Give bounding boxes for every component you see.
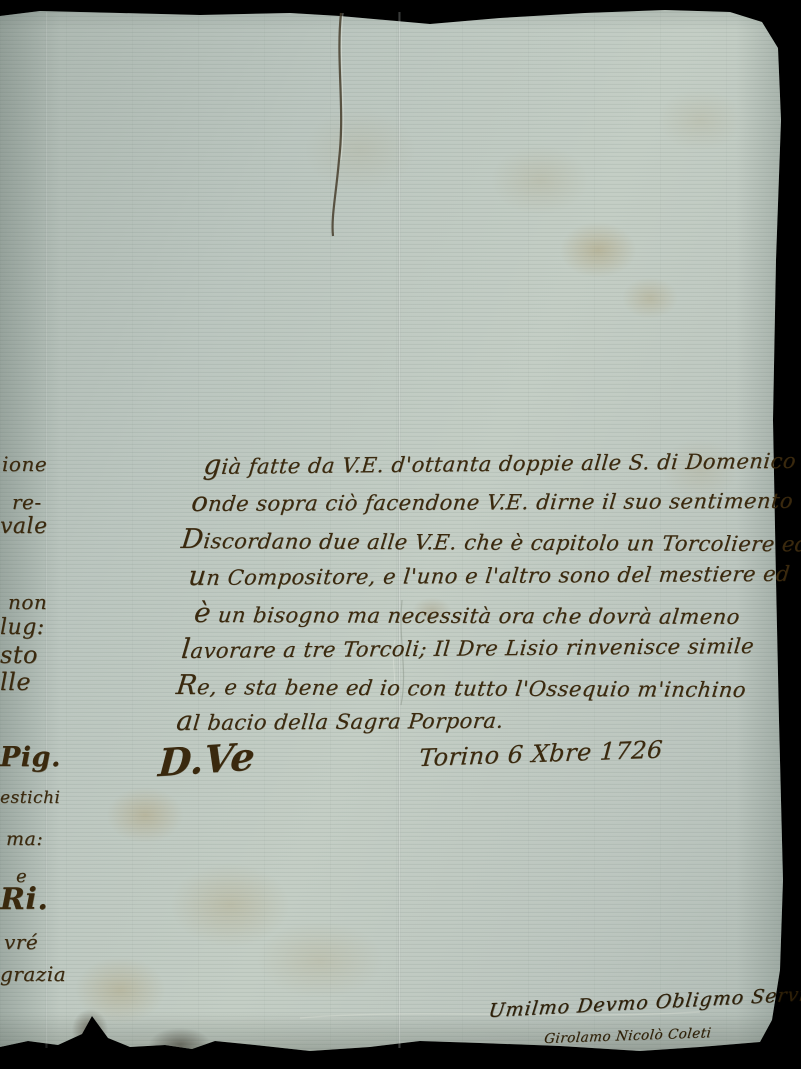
scan-background: ione re- vale non lug: sto lle Pig. esti… (0, 0, 801, 1069)
margin-fragment: sto (0, 641, 38, 669)
margin-fragment: vré (4, 930, 38, 954)
letter-line: un Compositore, e l'uno e l'altro sono d… (187, 557, 792, 592)
margin-fragment: Pig. (0, 742, 61, 773)
margin-fragment: Ri. (0, 882, 48, 917)
letter-line: è un bisogno ma necessità ora che dovrà … (193, 598, 742, 631)
margin-fragment: lug: (0, 615, 45, 640)
margin-fragment: non (8, 590, 47, 614)
margin-fragment: ma: (6, 828, 43, 850)
letter-line: già fatte da V.E. d'ottanta doppie alle … (202, 444, 798, 481)
letter-line: onde sopra ciò facendone V.E. dirne il s… (190, 484, 795, 518)
margin-fragment: re- (12, 490, 42, 514)
letter-line: Discordano due alle V.E. che è capitolo … (180, 524, 801, 558)
letter-line: al bacio della Sagra Porpora. (175, 704, 505, 737)
margin-fragment: ione (2, 452, 47, 476)
closing-paraph: D.Ve (157, 733, 257, 785)
margin-fragment: grazia (0, 962, 66, 986)
letter-line: lavorare a tre Torcoli; Il Dre Lisio rin… (180, 629, 756, 665)
margin-fragment: vale (0, 514, 48, 539)
letter-line: Re, e sta bene ed io con tutto l'Ossequi… (175, 670, 748, 704)
margin-fragment: estichi (0, 788, 60, 808)
margin-fragment: lle (0, 668, 31, 696)
